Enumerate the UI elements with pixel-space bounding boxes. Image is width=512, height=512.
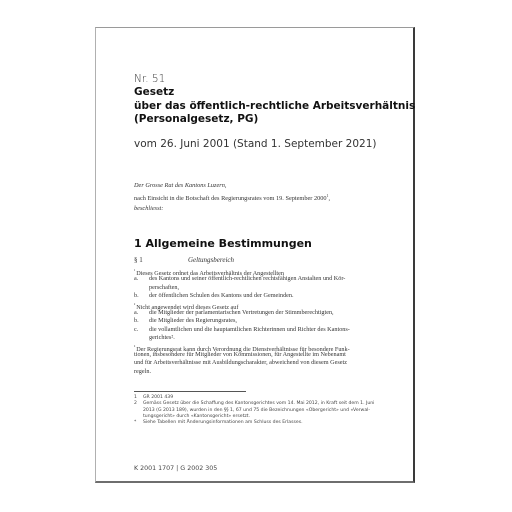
item-text: gerichtes². <box>149 334 175 342</box>
section-1: § 1 Geltungsbereich ¹Dieses Gesetz ordne… <box>134 256 404 376</box>
item-label: a. <box>134 309 138 317</box>
item-text: des Kantons und seiner öffentlich-rechtl… <box>149 275 345 283</box>
section-title: Geltungsbereich <box>188 256 234 264</box>
section-line: und für Arbeitsverhältnisse mit Ausbildu… <box>134 359 404 367</box>
chapter-heading: 1 Allgemeine Bestimmungen <box>134 237 312 250</box>
section-text: tionen, insbesondere für Mitglieder von … <box>134 351 346 359</box>
footnote-number: 2 <box>134 401 137 407</box>
section-text: und für Arbeitsverhältnisse mit Ausbildu… <box>134 359 347 367</box>
item-label: b. <box>134 292 139 300</box>
section-line: ³Der Regierungsrat kann durch Verordnung… <box>134 343 404 351</box>
footnote-separator <box>134 391 246 392</box>
item-text: der öffentlichen Schulen des Kantons und… <box>149 292 294 300</box>
collection-reference: K 2001 1707 | G 2002 305 <box>134 465 217 472</box>
preamble: Der Grosse Rat des Kantons Luzern, nach … <box>134 181 330 214</box>
title-line-2: über das öffentlich-rechtliche Arbeitsve… <box>134 100 415 114</box>
section-line: a.des Kantons und seiner öffentlich-rech… <box>134 275 404 283</box>
preamble-line-1: Der Grosse Rat des Kantons Luzern, <box>134 182 226 189</box>
section-header: § 1 Geltungsbereich <box>134 256 404 267</box>
title-line-1: Gesetz <box>134 86 415 100</box>
item-label: b. <box>134 317 139 325</box>
section-line: c.die vollamtlichen und die hauptamtlich… <box>134 326 404 334</box>
law-date: vom 26. Juni 2001 (Stand 1. September 20… <box>134 138 376 150</box>
section-line: tionen, insbesondere für Mitglieder von … <box>134 351 404 359</box>
section-line: b.die Mitglieder des Regierungsrates, <box>134 317 404 325</box>
document-page: Nr. 51 Gesetz über das öffentlich-rechtl… <box>95 27 415 483</box>
title-line-3: (Personalgesetz, PG) <box>134 113 415 127</box>
preamble-line-3: beschliesst: <box>134 205 163 212</box>
item-text: die Mitglieder der parlamentarischen Ver… <box>149 309 334 317</box>
item-text: perschaften, <box>149 284 179 292</box>
item-text: die vollamtlichen und die hauptamtlichen… <box>149 326 350 334</box>
law-title: Gesetz über das öffentlich-rechtliche Ar… <box>134 86 415 127</box>
section-line: ²Nicht angewendet wird dieses Gesetz auf <box>134 301 404 309</box>
footnote-text: Siehe Tabellen mit Änderungsinformatione… <box>143 420 303 426</box>
section-line: ¹Dieses Gesetz ordnet das Arbeitsverhält… <box>134 267 404 275</box>
law-number: Nr. 51 <box>134 73 165 85</box>
preamble-line-2: nach Einsicht in die Botschaft des Regie… <box>134 191 330 204</box>
section-line: gerichtes². <box>134 334 404 342</box>
section-number: § 1 <box>134 256 143 264</box>
item-label: a. <box>134 275 138 283</box>
section-text: regeln. <box>134 368 151 376</box>
item-label: c. <box>134 326 138 334</box>
section-line: perschaften, <box>134 284 404 292</box>
section-line: a.die Mitglieder der parlamentarischen V… <box>134 309 404 317</box>
item-text: die Mitglieder des Regierungsrates, <box>149 317 237 325</box>
footnote-number: * <box>134 420 136 426</box>
section-line: regeln. <box>134 368 404 376</box>
section-line: b.der öffentlichen Schulen des Kantons u… <box>134 292 404 300</box>
